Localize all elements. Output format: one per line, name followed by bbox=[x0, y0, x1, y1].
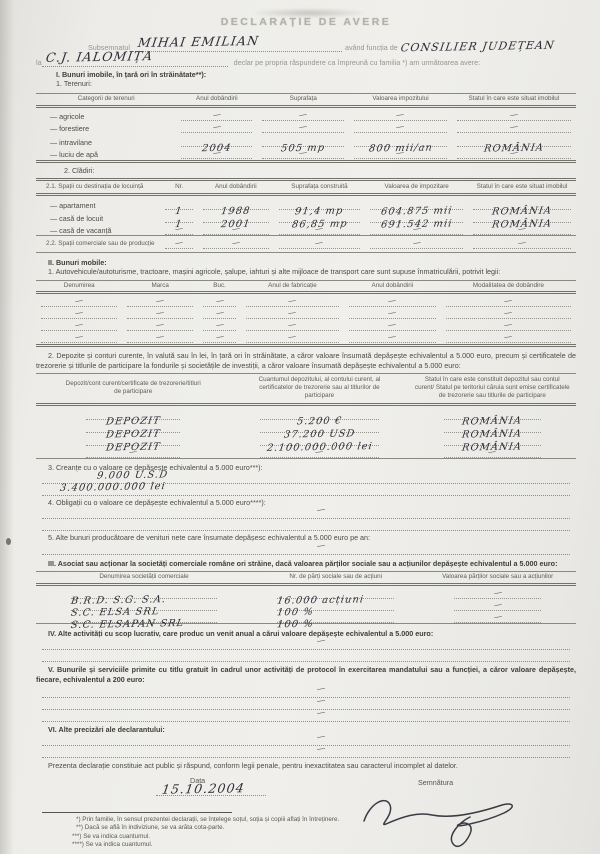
s4-line-2 bbox=[42, 652, 570, 662]
col-depozit: Depozit/cont curent/certificate de trezo… bbox=[36, 378, 230, 398]
col-anul-fabricatie: Anul de fabricație bbox=[241, 281, 344, 291]
col-marca: Marca bbox=[122, 281, 198, 291]
obligatii-heading: 4. Obligații cu o valoare ce depășește e… bbox=[36, 498, 576, 507]
table-row bbox=[36, 319, 576, 331]
institutie-field: C.J. IALOMIȚA bbox=[42, 48, 228, 67]
col-denumirea: Denumirea bbox=[36, 281, 122, 291]
table-row: DEPOZIT 5.200 € ROMÂNIA bbox=[36, 407, 576, 420]
table-row: S.C. ELSAPAN SRL 100 % bbox=[36, 611, 576, 623]
section-1-heading: I. Bunuri imobile, în țară ori în străin… bbox=[56, 70, 576, 79]
table-row: — intravilane 2004 505 mp 800 mii/an ROM… bbox=[36, 133, 576, 147]
sub1-label: 2.1. Spații cu destinația de locuință bbox=[36, 182, 160, 192]
s5-line-1 bbox=[42, 688, 570, 698]
col-statul: Statul în care este constituit depozitul… bbox=[409, 374, 576, 402]
col-denumirea-societatii: Denumirea societății comerciale bbox=[36, 572, 252, 582]
auto-table: Denumirea Marca Buc. Anul de fabricație … bbox=[36, 280, 576, 348]
cladiri-heading: 2. Clădiri: bbox=[64, 166, 576, 175]
col-statul: Statul în care este situat imobilul bbox=[452, 94, 576, 104]
col-nr-parti: Nr. de părți sociale sau de acțiuni bbox=[252, 572, 419, 582]
col-valoarea-impozitului: Valoarea impozitului bbox=[349, 94, 452, 104]
signature-label: Semnătura bbox=[418, 778, 542, 787]
footnote-divider bbox=[42, 812, 232, 813]
declar-text: declar pe propria răspundere ca împreună… bbox=[228, 58, 481, 67]
col-buc: Buc. bbox=[198, 281, 241, 291]
creante-line-2: 3.400.000.000 lei bbox=[42, 486, 570, 496]
s5-line-2 bbox=[42, 700, 570, 710]
sub2-label: 2.2. Spații comerciale sau de producție bbox=[36, 240, 160, 248]
table-row: — casă de vacanță bbox=[36, 223, 576, 235]
section-2-heading: II. Bunuri mobile: bbox=[36, 258, 576, 267]
table-row: — luciu de apă bbox=[36, 147, 576, 159]
s4-line-1 bbox=[42, 640, 570, 650]
section-5-heading: V. Bunurile și serviciile primite cu tit… bbox=[36, 665, 576, 684]
table-row: — forestiere bbox=[36, 121, 576, 133]
signature-icon bbox=[352, 787, 527, 853]
section-3-heading: III. Asociat sau acționar la societăți c… bbox=[36, 559, 576, 568]
societati-header-row: Denumirea societății comerciale Nr. de p… bbox=[36, 572, 576, 582]
signature-block: Semnătura bbox=[352, 778, 542, 854]
closing-statement: Prezenta declarație constituie act publi… bbox=[36, 761, 576, 770]
table-row bbox=[36, 307, 576, 319]
col-anul-dobandirii: Anul dobândirii bbox=[176, 94, 257, 104]
table-row: S.C. ELSA SRL 100 % bbox=[36, 599, 576, 611]
cladiri-header-row: 2.1. Spații cu destinația de locuință Nr… bbox=[36, 182, 576, 192]
cladiri-table: 2.1. Spații cu destinația de locuință Nr… bbox=[36, 178, 576, 253]
scanned-declaration-form: DECLARAȚIE DE AVERE Subsemnatul MIHAI EM… bbox=[0, 0, 600, 854]
table-row bbox=[36, 446, 576, 458]
table-row: 2.2. Spații comerciale sau de producție bbox=[36, 236, 576, 252]
obligatii-line-1 bbox=[42, 509, 570, 519]
col-valoarea-impozitare: Valoarea de impozitare bbox=[365, 182, 468, 192]
societati-table: Denumirea societății comerciale Nr. de p… bbox=[36, 571, 576, 624]
date-dotted-line bbox=[156, 795, 266, 796]
s5-line-3 bbox=[42, 712, 570, 722]
obligatii-line-2 bbox=[42, 521, 570, 531]
alte-bunuri-heading: 5. Alte bunuri producătoare de venituri … bbox=[36, 533, 576, 542]
section-6-heading: VI. Alte precizări ale declarantului: bbox=[36, 725, 576, 734]
declarant-institutie: C.J. IALOMIȚA bbox=[45, 50, 154, 64]
col-anul: Anul dobândirii bbox=[198, 182, 274, 192]
declarant-name: MIHAI EMILIAN bbox=[137, 35, 260, 50]
depozite-header-row: Depozit/cont curent/certificate de trezo… bbox=[36, 374, 576, 402]
table-row bbox=[36, 295, 576, 307]
col-anul-dobandirii: Anul dobândirii bbox=[344, 281, 441, 291]
scan-edge-shadow bbox=[0, 0, 14, 854]
col-modalitatea: Modalitatea de dobândire bbox=[441, 281, 576, 291]
terenuri-header-row: Categorii de terenuri Anul dobândirii Su… bbox=[36, 94, 576, 104]
table-row: — apartament 1 1988 91,4 mp 604.875 mii … bbox=[36, 197, 576, 210]
col-cuantum: Cuantumul depozitului, al contului curen… bbox=[230, 374, 408, 402]
col-suprafata: Suprafața bbox=[257, 94, 349, 104]
s6-line-2 bbox=[42, 748, 570, 758]
section-4-heading: IV. Alte activități cu scop lucrativ, ca… bbox=[36, 629, 576, 638]
terenuri-heading: 1. Terenuri: bbox=[56, 79, 576, 88]
col-statul: Statul în care este situat imobilul bbox=[468, 182, 576, 192]
auto-header-row: Denumirea Marca Buc. Anul de fabricație … bbox=[36, 281, 576, 291]
declarant-functie: CONSILIER JUDEȚEAN bbox=[400, 40, 556, 54]
societate-nr: 100 % bbox=[276, 620, 314, 630]
functie-label: având funcția de bbox=[342, 43, 401, 52]
intro-line-2: la C.J. IALOMIȚA declar pe propria răspu… bbox=[36, 53, 576, 67]
col-valoarea-partilor: Valoarea părților sociale sau a acțiunil… bbox=[419, 572, 576, 582]
scan-speck bbox=[6, 538, 11, 545]
col-nr: Nr. bbox=[160, 182, 198, 192]
col-categorii: Categorii de terenuri bbox=[36, 94, 176, 104]
table-row bbox=[36, 331, 576, 343]
creante-value-2: 3.400.000.000 lei bbox=[59, 482, 166, 494]
alte-bunuri-line-1 bbox=[42, 545, 570, 555]
faint-stamp-smudge bbox=[250, 8, 370, 18]
depozite-intro: 2. Depozite și conturi curente, în valut… bbox=[36, 351, 576, 370]
depozite-table: Depozit/cont curent/certificate de trezo… bbox=[36, 373, 576, 459]
col-suprafata-construita: Suprafața construită bbox=[274, 182, 366, 192]
name-field: MIHAI EMILIAN bbox=[130, 33, 342, 52]
table-row: B.R.D. S.G. S.A. 16.000 acțiuni bbox=[36, 587, 576, 599]
table-row: — agricole bbox=[36, 109, 576, 121]
auto-intro: 1. Autovehicule/autoturisme, tractoare, … bbox=[36, 267, 576, 276]
creante-value-1: 9.000 U.S.D bbox=[96, 470, 169, 481]
s6-line-1 bbox=[42, 736, 570, 746]
terenuri-table: Categorii de terenuri Anul dobândirii Su… bbox=[36, 93, 576, 163]
societate-denumire: S.C. ELSAPAN SRL bbox=[70, 619, 185, 631]
